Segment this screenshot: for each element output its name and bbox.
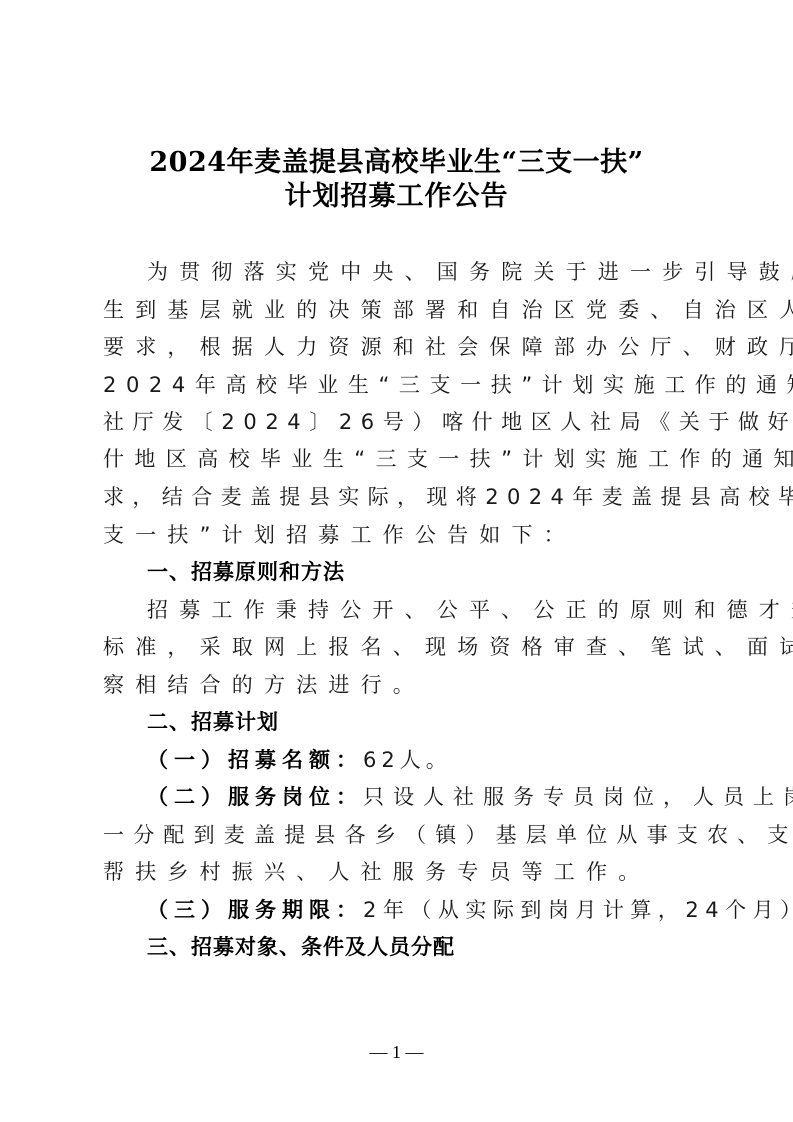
intro-line: 什地区高校毕业生“三支一扶”计划实施工作的通知》有关要 xyxy=(103,446,703,472)
section-heading-3: 三、招募对象、条件及人员分配 xyxy=(147,934,747,960)
section1-line: 招募工作秉持公开、公平、公正的原则和德才兼备的用人 xyxy=(147,597,747,623)
intro-line: 生到基层就业的决策部署和自治区党委、自治区人民政府工作 xyxy=(103,297,703,323)
plan-item-quota-label: （一）招募名额： xyxy=(147,748,363,772)
section-heading-2: 二、招募计划 xyxy=(147,709,747,735)
plan-item-position-line: 一分配到麦盖提县各乡（镇）基层单位从事支农、支教、支医、 xyxy=(103,822,703,848)
plan-item-term-text: 2年（从实际到岗月计算，24个月）。 xyxy=(363,898,793,922)
intro-line: 求，结合麦盖提县实际，现将2024年麦盖提县高校毕业生“三 xyxy=(103,484,703,510)
plan-item-term: （三）服务期限：2年（从实际到岗月计算，24个月）。 xyxy=(147,897,747,923)
plan-item-quota: （一）招募名额：62人。 xyxy=(147,747,747,773)
section-heading-1: 一、招募原则和方法 xyxy=(147,559,747,585)
intro-line: 为贯彻落实党中央、国务院关于进一步引导鼓励高校毕业 xyxy=(147,259,747,285)
page-number: — 1 — xyxy=(0,1042,793,1063)
plan-item-position-line: 帮扶乡村振兴、人社服务专员等工作。 xyxy=(103,859,703,885)
intro-line: 社厅发〔2024〕26号）喀什地区人社局《关于做好2024年喀 xyxy=(103,409,703,435)
intro-line: 要求，根据人力资源和社会保障部办公厅、财政厅《关于做好 xyxy=(103,334,703,360)
intro-line: 支一扶”计划招募工作公告如下： xyxy=(103,522,703,548)
plan-item-position-text: 只设人社服务专员岗位，人员上岗后统 xyxy=(363,785,793,809)
plan-item-position: （二）服务岗位：只设人社服务专员岗位，人员上岗后统 xyxy=(147,784,747,810)
plan-item-term-label: （三）服务期限： xyxy=(147,898,363,922)
plan-item-quota-value: 62人。 xyxy=(363,748,452,772)
document-title-line-2: 计划招募工作公告 xyxy=(0,174,793,213)
intro-line: 2024年高校毕业生“三支一扶”计划实施工作的通知》（人 xyxy=(103,372,703,398)
section1-line: 察相结合的方法进行。 xyxy=(103,672,703,698)
document-page: 2024年麦盖提县高校毕业生“三支一扶” 计划招募工作公告 为贯彻落实党中央、国… xyxy=(0,0,793,1122)
plan-item-position-label: （二）服务岗位： xyxy=(147,785,363,809)
section1-line: 标准，采取网上报名、现场资格审查、笔试、面试、体检与考 xyxy=(103,634,703,660)
